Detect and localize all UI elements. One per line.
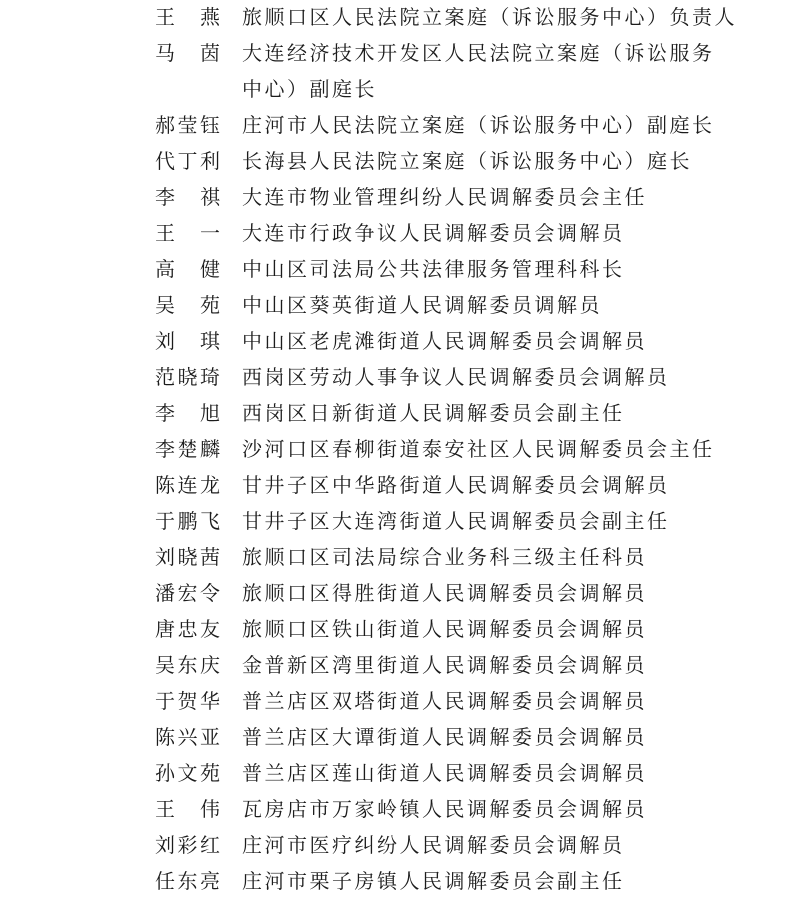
entry-title: 中山区老虎滩街道人民调解委员会调解员 — [242, 324, 775, 360]
roster-entry: 吴 苑 中山区葵英街道人民调解委员调解员 — [155, 288, 775, 324]
entry-name: 高 健 — [155, 252, 223, 288]
entry-title: 沙河口区春柳街道泰安社区人民调解委员会主任 — [242, 432, 775, 468]
entry-title: 旅顺口区司法局综合业务科三级主任科员 — [242, 540, 775, 576]
entry-title: 普兰店区大谭街道人民调解委员会调解员 — [242, 720, 775, 756]
entry-name: 吴东庆 — [155, 648, 223, 684]
roster-entry: 孙文苑 普兰店区莲山街道人民调解委员会调解员 — [155, 756, 775, 792]
roster-entry: 陈连龙 甘井子区中华路街道人民调解委员会调解员 — [155, 468, 775, 504]
roster-entry: 吴东庆 金普新区湾里街道人民调解委员会调解员 — [155, 648, 775, 684]
entry-name: 代丁利 — [155, 144, 223, 180]
entry-title: 普兰店区莲山街道人民调解委员会调解员 — [242, 756, 775, 792]
entry-title-line: 甘井子区大连湾街道人民调解委员会副主任 — [242, 504, 775, 540]
entry-name: 王 一 — [155, 216, 223, 252]
entry-name: 吴 苑 — [155, 288, 223, 324]
entry-name: 陈连龙 — [155, 468, 223, 504]
entry-title-line: 中山区葵英街道人民调解委员调解员 — [242, 288, 775, 324]
entry-title: 西岗区日新街道人民调解委员会副主任 — [242, 396, 775, 432]
entry-title-line: 旅顺口区得胜街道人民调解委员会调解员 — [242, 576, 775, 612]
entry-title-line: 大连市物业管理纠纷人民调解委员会主任 — [242, 180, 775, 216]
roster-list: 王 燕 旅顺口区人民法院立案庭（诉讼服务中心）负责人 马 茵 大连经济技术开发区… — [155, 0, 775, 900]
entry-title: 中山区司法局公共法律服务管理科科长 — [242, 252, 775, 288]
entry-name: 王 燕 — [155, 0, 223, 36]
entry-title: 旅顺口区得胜街道人民调解委员会调解员 — [242, 576, 775, 612]
entry-title-line: 旅顺口区司法局综合业务科三级主任科员 — [242, 540, 775, 576]
entry-title: 甘井子区中华路街道人民调解委员会调解员 — [242, 468, 775, 504]
entry-title-line: 普兰店区双塔街道人民调解委员会调解员 — [242, 684, 775, 720]
entry-title-line: 中心）副庭长 — [242, 72, 775, 108]
entry-name: 刘彩红 — [155, 828, 223, 864]
entry-title: 西岗区劳动人事争议人民调解委员会调解员 — [242, 360, 775, 396]
entry-title: 瓦房店市万家岭镇人民调解委员会调解员 — [242, 792, 775, 828]
entry-name: 陈兴亚 — [155, 720, 223, 756]
roster-entry: 唐忠友 旅顺口区铁山街道人民调解委员会调解员 — [155, 612, 775, 648]
roster-entry: 高 健 中山区司法局公共法律服务管理科科长 — [155, 252, 775, 288]
entry-title-line: 瓦房店市万家岭镇人民调解委员会调解员 — [242, 792, 775, 828]
roster-entry: 刘 琪 中山区老虎滩街道人民调解委员会调解员 — [155, 324, 775, 360]
roster-entry: 郝莹钰 庄河市人民法院立案庭（诉讼服务中心）副庭长 — [155, 108, 775, 144]
roster-entry: 马 茵 大连经济技术开发区人民法院立案庭（诉讼服务中心）副庭长 — [155, 36, 775, 108]
roster-entry: 刘彩红 庄河市医疗纠纷人民调解委员会调解员 — [155, 828, 775, 864]
entry-title-line: 旅顺口区铁山街道人民调解委员会调解员 — [242, 612, 775, 648]
entry-name: 于贺华 — [155, 684, 223, 720]
entry-title-line: 庄河市栗子房镇人民调解委员会副主任 — [242, 864, 775, 900]
entry-name: 刘 琪 — [155, 324, 223, 360]
roster-entry: 代丁利 长海县人民法院立案庭（诉讼服务中心）庭长 — [155, 144, 775, 180]
roster-entry: 王 一 大连市行政争议人民调解委员会调解员 — [155, 216, 775, 252]
roster-entry: 李 旭 西岗区日新街道人民调解委员会副主任 — [155, 396, 775, 432]
entry-title-line: 普兰店区莲山街道人民调解委员会调解员 — [242, 756, 775, 792]
entry-name: 马 茵 — [155, 36, 223, 72]
roster-entry: 任东亮 庄河市栗子房镇人民调解委员会副主任 — [155, 864, 775, 900]
entry-title-line: 沙河口区春柳街道泰安社区人民调解委员会主任 — [242, 432, 775, 468]
entry-title: 普兰店区双塔街道人民调解委员会调解员 — [242, 684, 775, 720]
entry-title-line: 西岗区日新街道人民调解委员会副主任 — [242, 396, 775, 432]
entry-title-line: 庄河市人民法院立案庭（诉讼服务中心）副庭长 — [242, 108, 775, 144]
entry-title: 金普新区湾里街道人民调解委员会调解员 — [242, 648, 775, 684]
roster-entry: 范晓琦 西岗区劳动人事争议人民调解委员会调解员 — [155, 360, 775, 396]
entry-title-line: 甘井子区中华路街道人民调解委员会调解员 — [242, 468, 775, 504]
entry-name: 郝莹钰 — [155, 108, 223, 144]
entry-title: 中山区葵英街道人民调解委员调解员 — [242, 288, 775, 324]
roster-entry: 于贺华 普兰店区双塔街道人民调解委员会调解员 — [155, 684, 775, 720]
roster-entry: 李 祺 大连市物业管理纠纷人民调解委员会主任 — [155, 180, 775, 216]
entry-title-line: 庄河市医疗纠纷人民调解委员会调解员 — [242, 828, 775, 864]
entry-name: 李楚麟 — [155, 432, 223, 468]
entry-title-line: 大连市行政争议人民调解委员会调解员 — [242, 216, 775, 252]
entry-title: 庄河市栗子房镇人民调解委员会副主任 — [242, 864, 775, 900]
roster-entry: 王 伟 瓦房店市万家岭镇人民调解委员会调解员 — [155, 792, 775, 828]
entry-name: 李 旭 — [155, 396, 223, 432]
entry-name: 唐忠友 — [155, 612, 223, 648]
roster-entry: 潘宏令 旅顺口区得胜街道人民调解委员会调解员 — [155, 576, 775, 612]
entry-title-line: 长海县人民法院立案庭（诉讼服务中心）庭长 — [242, 144, 775, 180]
entry-title: 甘井子区大连湾街道人民调解委员会副主任 — [242, 504, 775, 540]
roster-entry: 李楚麟 沙河口区春柳街道泰安社区人民调解委员会主任 — [155, 432, 775, 468]
roster-entry: 王 燕 旅顺口区人民法院立案庭（诉讼服务中心）负责人 — [155, 0, 775, 36]
roster-entry: 刘晓茜 旅顺口区司法局综合业务科三级主任科员 — [155, 540, 775, 576]
entry-title-line: 西岗区劳动人事争议人民调解委员会调解员 — [242, 360, 775, 396]
entry-title-line: 大连经济技术开发区人民法院立案庭（诉讼服务 — [242, 36, 775, 72]
entry-name: 王 伟 — [155, 792, 223, 828]
entry-name: 于鹏飞 — [155, 504, 223, 540]
entry-title: 大连市物业管理纠纷人民调解委员会主任 — [242, 180, 775, 216]
entry-title: 庄河市人民法院立案庭（诉讼服务中心）副庭长 — [242, 108, 775, 144]
roster-entry: 陈兴亚 普兰店区大谭街道人民调解委员会调解员 — [155, 720, 775, 756]
entry-name: 刘晓茜 — [155, 540, 223, 576]
entry-title: 旅顺口区人民法院立案庭（诉讼服务中心）负责人 — [242, 0, 775, 36]
entry-title-line: 普兰店区大谭街道人民调解委员会调解员 — [242, 720, 775, 756]
entry-name: 李 祺 — [155, 180, 223, 216]
entry-name: 潘宏令 — [155, 576, 223, 612]
entry-name: 孙文苑 — [155, 756, 223, 792]
entry-title: 长海县人民法院立案庭（诉讼服务中心）庭长 — [242, 144, 775, 180]
roster-entry: 于鹏飞 甘井子区大连湾街道人民调解委员会副主任 — [155, 504, 775, 540]
document-page: 王 燕 旅顺口区人民法院立案庭（诉讼服务中心）负责人 马 茵 大连经济技术开发区… — [0, 0, 800, 902]
entry-title: 大连市行政争议人民调解委员会调解员 — [242, 216, 775, 252]
entry-title-line: 中山区司法局公共法律服务管理科科长 — [242, 252, 775, 288]
entry-title: 庄河市医疗纠纷人民调解委员会调解员 — [242, 828, 775, 864]
entry-name: 任东亮 — [155, 864, 223, 900]
entry-title-line: 中山区老虎滩街道人民调解委员会调解员 — [242, 324, 775, 360]
entry-title-line: 金普新区湾里街道人民调解委员会调解员 — [242, 648, 775, 684]
entry-title: 旅顺口区铁山街道人民调解委员会调解员 — [242, 612, 775, 648]
entry-title-line: 旅顺口区人民法院立案庭（诉讼服务中心）负责人 — [242, 0, 775, 36]
entry-title: 大连经济技术开发区人民法院立案庭（诉讼服务中心）副庭长 — [242, 36, 775, 108]
entry-name: 范晓琦 — [155, 360, 223, 396]
